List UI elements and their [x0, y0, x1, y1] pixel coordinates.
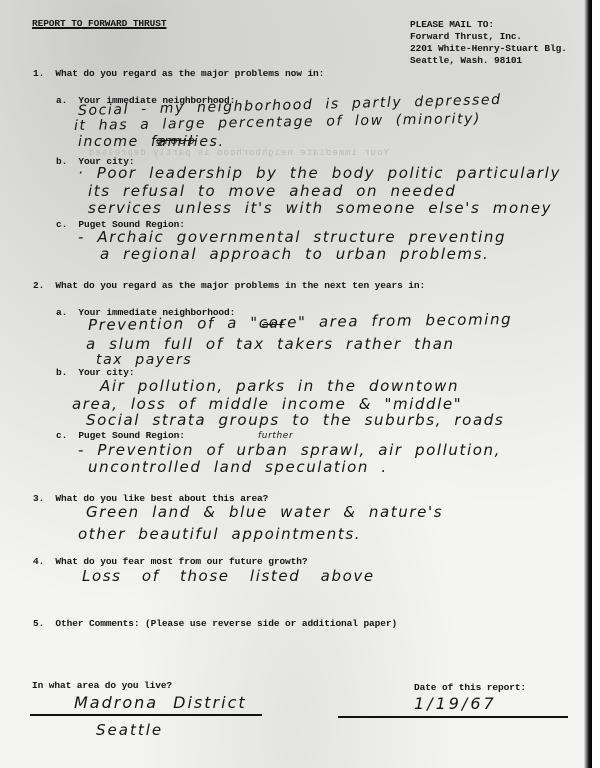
area-answer-city: Seattle	[96, 721, 163, 739]
answer-2c-line-2: uncontrolled land speculation .	[88, 458, 388, 476]
struck-word: group	[156, 134, 196, 147]
area-underline	[30, 714, 262, 716]
mail-to-line: Forward Thrust, Inc.	[410, 31, 567, 43]
answer-1c-line-2: a regional approach to urban problems.	[100, 245, 489, 263]
date-label: Date of this report:	[414, 682, 526, 693]
area-label: In what area do you live?	[32, 680, 172, 691]
mail-to-line: 2201 White-Henry-Stuart Blg.	[410, 43, 567, 55]
scan-edge	[584, 0, 592, 768]
struck-word: ant	[262, 318, 285, 331]
answer-1b-line-1: · Poor leadership by the body politic pa…	[78, 164, 561, 182]
scanned-form-page: REPORT TO FORWARD THRUST PLEASE MAIL TO:…	[0, 0, 592, 768]
answer-1c-line-1: - Archaic governmental structure prevent…	[78, 228, 506, 246]
answer-2c-line-1: - Prevention of urban sprawl, air pollut…	[78, 441, 501, 459]
question-5: 5. Other Comments: (Please use reverse s…	[33, 618, 397, 629]
answer-3-line-2: other beautiful appointments.	[78, 525, 361, 543]
question-1: 1. What do you regard as the major probl…	[33, 68, 324, 79]
answer-3-line-1: Green land & blue water & nature's	[86, 503, 443, 521]
answer-2a-line-3: tax payers	[96, 352, 192, 368]
mail-to-line: Seattle, Wash. 98101	[410, 55, 567, 67]
date-underline	[338, 716, 568, 718]
answer-4-line-1: Loss of those listed above	[82, 567, 375, 585]
area-answer: Madrona District	[74, 693, 247, 712]
mail-to-label: PLEASE MAIL TO:	[410, 19, 567, 31]
date-answer: 1/19/67	[414, 694, 497, 713]
answer-1b-line-2: its refusal to move ahead on needed	[88, 182, 456, 200]
inserted-word: further	[258, 431, 293, 441]
question-2c-label: c. Puget Sound Region:	[56, 430, 185, 441]
question-2: 2. What do you regard as the major probl…	[33, 280, 425, 291]
answer-2a-line-2: a slum full of tax takers rather than	[86, 335, 455, 353]
mail-to-block: PLEASE MAIL TO: Forward Thrust, Inc. 220…	[410, 19, 567, 67]
form-title: REPORT TO FORWARD THRUST	[32, 18, 166, 29]
answer-2b-line-3: Social strata groups to the suburbs, roa…	[86, 411, 504, 429]
question-4: 4. What do you fear most from our future…	[33, 556, 307, 567]
answer-2b-line-1: Air pollution, parks in the downtown	[100, 377, 459, 395]
answer-1b-line-3: services unless it's with someone else's…	[88, 199, 552, 217]
